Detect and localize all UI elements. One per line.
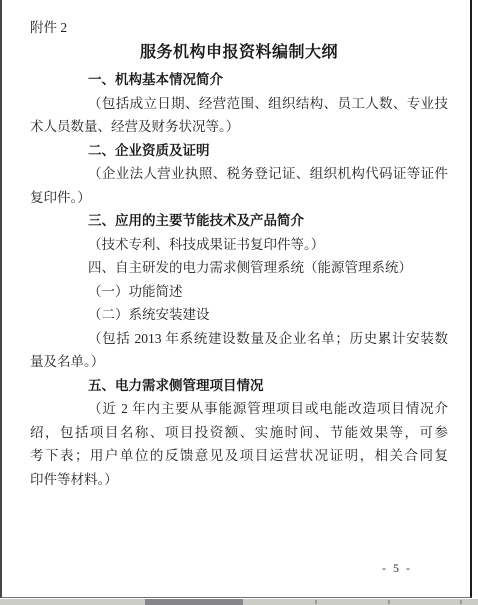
scrollbar-thumb[interactable] (145, 599, 243, 605)
body-line: 考下表；用户单位的反馈意见及项目运营状况证明，相关合同复 (30, 444, 448, 468)
document-viewport: 附件 2 服务机构申报资料编制大纲 一、机构基本情况简介 （包括成立日期、经营范… (0, 0, 478, 605)
document-page: 附件 2 服务机构申报资料编制大纲 一、机构基本情况简介 （包括成立日期、经营范… (0, 0, 472, 598)
section-heading-3: 三、应用的主要节能技术及产品简介 (30, 209, 448, 233)
section-heading-2: 二、企业资质及证明 (30, 139, 448, 163)
section-heading-5: 五、电力需求侧管理项目情况 (30, 374, 448, 398)
body-line: 绍，包括项目名称、项目投资额、实施时间、节能效果等，可参 (30, 421, 448, 445)
body-line: 复印件。） (30, 186, 448, 210)
page-content: 附件 2 服务机构申报资料编制大纲 一、机构基本情况简介 （包括成立日期、经营范… (30, 12, 448, 491)
scrollbar-tick (460, 600, 462, 604)
body-line: （近 2 年内主要从事能源管理项目或电能改造项目情况介 (30, 397, 448, 421)
horizontal-scrollbar[interactable] (0, 599, 478, 605)
body-line: 印件等材料。） (30, 468, 448, 492)
subsection-heading: （一）功能简述 (30, 280, 448, 304)
body-line: 量及名单。） (30, 350, 448, 374)
attachment-label: 附件 2 (30, 16, 448, 40)
body-line: （包括成立日期、经营范围、组织结构、员工人数、专业技 (30, 92, 448, 116)
section-heading-4: 四、自主研发的电力需求侧管理系统（能源管理系统） (30, 256, 448, 280)
section-heading-1: 一、机构基本情况简介 (30, 68, 448, 92)
document-title: 服务机构申报资料编制大纲 (30, 40, 448, 66)
body-line: （技术专利、科技成果证书复印件等。） (30, 233, 448, 257)
scrollbar-tick (315, 600, 317, 604)
body-line: （包括 2013 年系统建设数量及企业名单；历史累计安装数 (30, 327, 448, 351)
body-line: 术人员数量、经营及财务状况等。） (30, 115, 448, 139)
scrollbar-tick (388, 600, 390, 604)
subsection-heading: （二）系统安装建设 (30, 303, 448, 327)
body-line: （企业法人营业执照、税务登记证、组织机构代码证等证件 (30, 162, 448, 186)
page-number: - 5 - (382, 561, 412, 575)
